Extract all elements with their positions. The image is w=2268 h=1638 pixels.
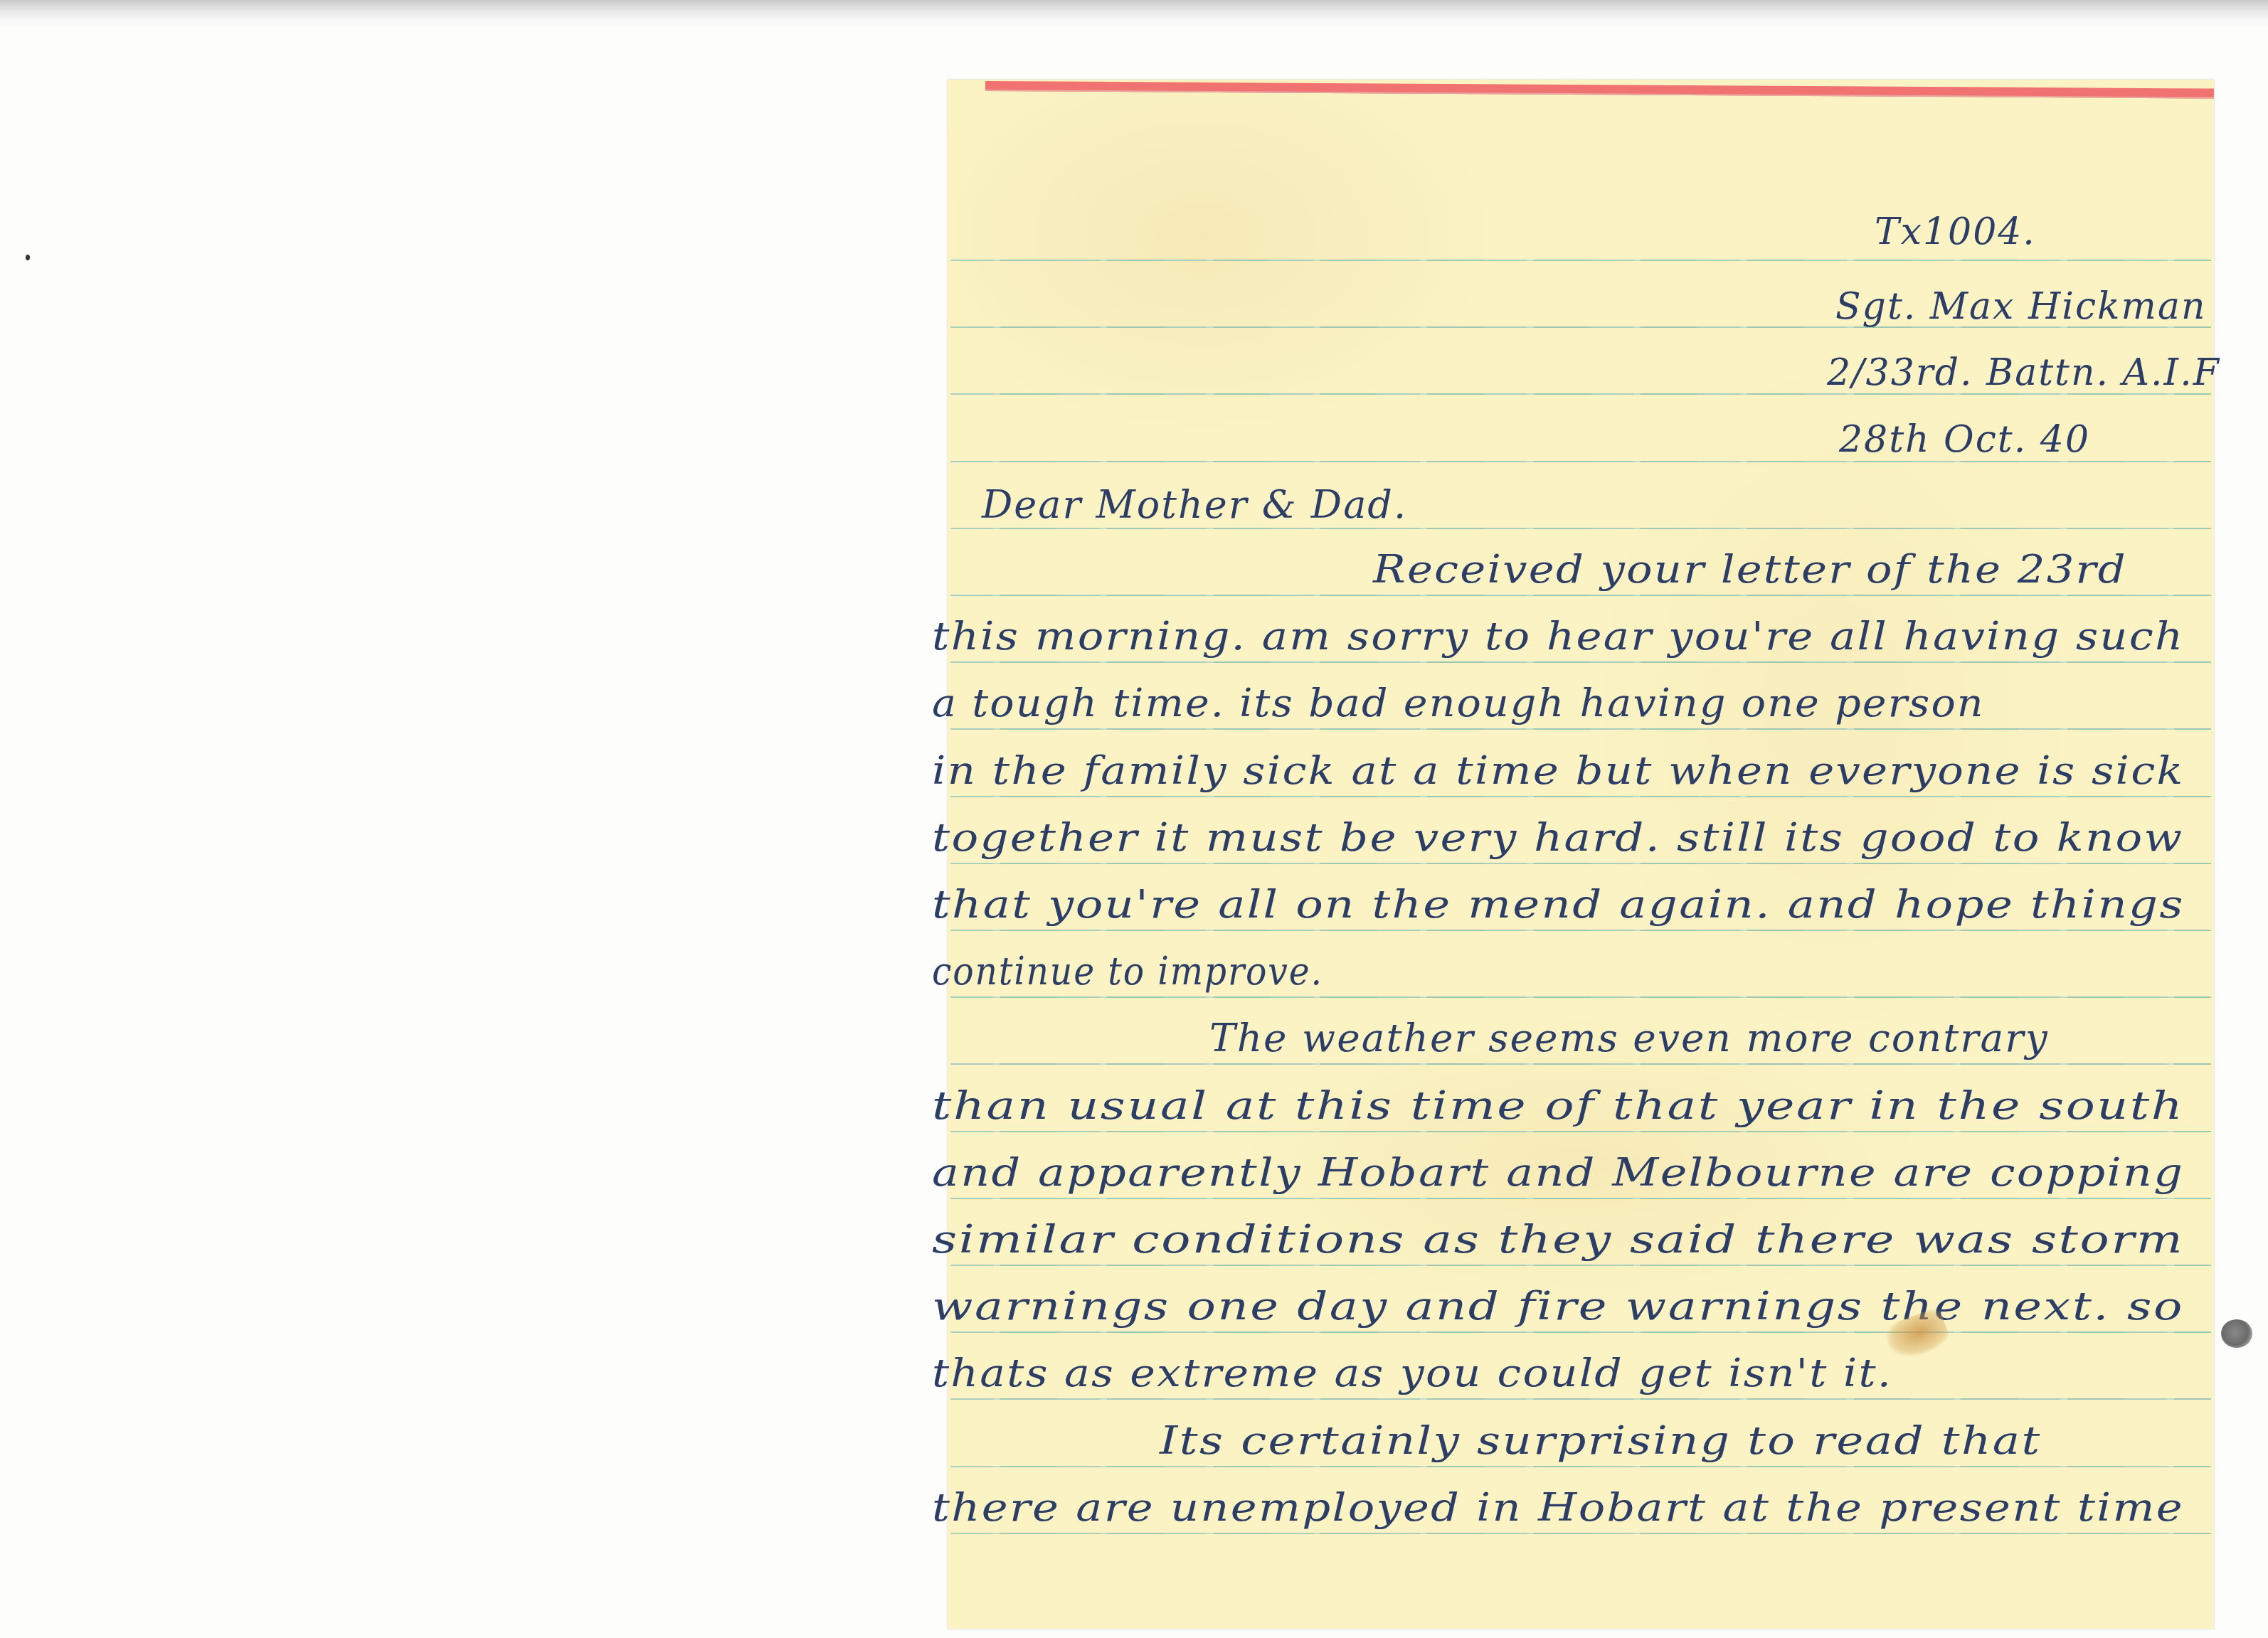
- letter-line: The weather seems even more contrary: [1209, 1019, 2049, 1058]
- letter-line: continue to improve.: [932, 952, 1323, 991]
- ruled-line: [950, 796, 2211, 797]
- ruled-line: [950, 528, 2211, 529]
- ruled-line: [950, 1331, 2211, 1333]
- ruled-line: [950, 1198, 2211, 1199]
- letter-line: thats as extreme as you could get isn't …: [932, 1354, 1892, 1393]
- letter-line: and apparently Hobart and Melbourne are …: [932, 1154, 2184, 1192]
- ruled-line: [950, 996, 2211, 998]
- ruled-line: [950, 260, 2211, 261]
- ruled-line: [950, 1265, 2211, 1266]
- letter-line: similar conditions as they said there wa…: [932, 1220, 2184, 1259]
- ruled-line: [950, 1063, 2211, 1065]
- sender-unit: 2/33rd. Battn. A.I.F: [1827, 354, 2220, 391]
- ruled-line: [950, 1533, 2211, 1534]
- ruled-line: [950, 728, 2211, 730]
- letter-line: this morning. am sorry to hear you're al…: [932, 617, 2185, 656]
- letter-line: in the family sick at a time but when ev…: [932, 752, 2185, 790]
- ruled-line: [950, 595, 2211, 596]
- dust-speck: [26, 255, 30, 260]
- ruled-line: [950, 863, 2211, 864]
- letter-line: that you're all on the mend again. and h…: [932, 886, 2185, 924]
- letter-line: than usual at this time of that year in …: [932, 1087, 2184, 1125]
- sender-name: Sgt. Max Hickman: [1835, 288, 2206, 325]
- ruled-line: [950, 930, 2211, 931]
- letter-date: 28th Oct. 40: [1839, 421, 2090, 458]
- ruled-line: [950, 1131, 2211, 1132]
- letter-line: Its certainly surprising to read that: [1160, 1422, 2042, 1460]
- ruled-line: [950, 1398, 2211, 1400]
- letter-line: together it must be very hard. still its…: [932, 819, 2183, 857]
- letter-line: warnings one day and fire warnings the n…: [932, 1287, 2184, 1326]
- letter-line: Received your letter of the 23rd: [1373, 551, 2127, 589]
- service-number: Tx1004.: [1875, 213, 2036, 250]
- ruled-line: [950, 1466, 2211, 1467]
- punch-hole-mark: [2221, 1319, 2252, 1348]
- letter-line: a tough time. its bad enough having one …: [932, 684, 1985, 723]
- letter-line: there are unemployed in Hobart at the pr…: [932, 1489, 2184, 1527]
- salutation: Dear Mother & Dad.: [982, 486, 1407, 524]
- ruled-line: [950, 661, 2211, 663]
